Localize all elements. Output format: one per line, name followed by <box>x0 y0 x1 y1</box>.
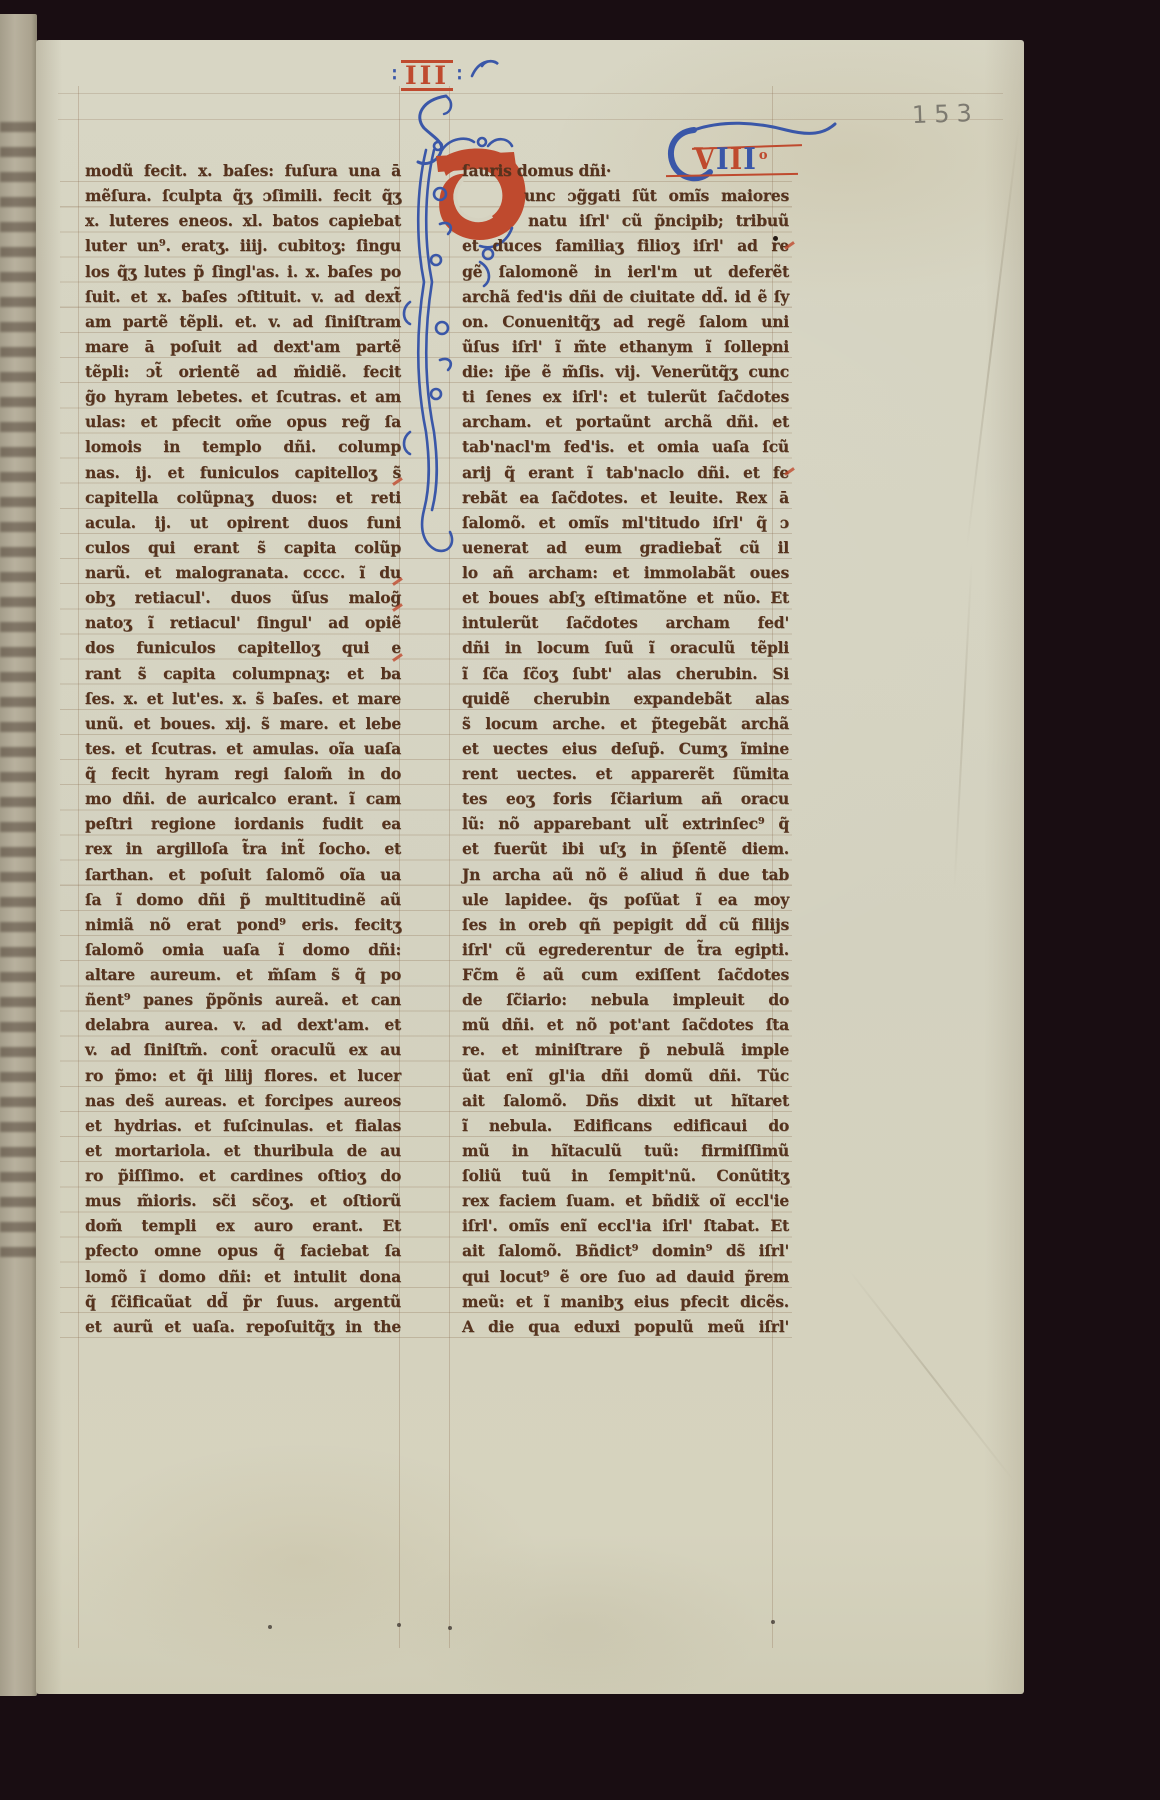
text-line: luter un⁹. eratʒ. iiij. cubitoʒ: ſingu <box>85 233 401 258</box>
text-line: pfecto omne opus q̃ faciebat ſa <box>85 1238 401 1263</box>
text-line: tes. et ſcutras. et amulas. oĩa uaſa <box>85 736 401 761</box>
text-line: rent uectes. et apparerẽt ſũmita <box>462 761 789 786</box>
text-line: s̃ locum arche. et p̃tegebãt archã <box>462 711 789 736</box>
text-line: mũ dñi. et nõ pot'ant ſac̃dotes ſta <box>462 1012 789 1037</box>
text-line: et uectes eius deſup̃. Cumʒ ĩmine <box>462 736 789 761</box>
text-line: ñent⁹ panes p̃põnis aureã. et can <box>85 987 401 1012</box>
text-line: archã fed'is dñi de ciuitate dd̃. id ẽ ſ… <box>462 284 789 309</box>
text-line: uenerat ad eum gradiebat̃ cũ il <box>462 535 789 560</box>
text-line: ĩ ſc̃a ſc̃oʒ ſubt' alas cherubin. Si <box>462 661 789 686</box>
text-line: am partẽ tẽpli. et. v. ad ſiniſtram <box>85 309 401 334</box>
running-title: ∶ III ∶ <box>392 60 462 91</box>
text-line: mẽſura. ſculpta q̃ʒ ɔſimili. fecit q̃ʒ <box>85 183 401 208</box>
text-line: tes eoʒ foris ſc̃iarium añ oracu <box>462 786 789 811</box>
penwork-dots-icon: ∶ <box>457 66 462 85</box>
text-line: ſes. x. et lut'es. x. s̃ baſes. et mare <box>85 686 401 711</box>
prick-mark <box>771 1620 775 1624</box>
text-line: ũſus iſrl' ĩ m̃te ethanym ĩ ſollepni <box>462 334 789 359</box>
ink-speck <box>773 236 778 241</box>
text-line: los q̃ʒ lutes p̃ ſingl'as. i. x. baſes p… <box>85 259 401 284</box>
text-line: ſuit. et x. baſes ɔſtituit. v. ad dext̃ <box>85 284 401 309</box>
manuscript-photo: ∶ III ∶ 153 V I I I o T <box>0 0 1160 1800</box>
text-line: ſalomõ. et omĩs ml'titudo iſrl' q̃ ɔ <box>462 510 789 535</box>
text-line: delabra aurea. v. ad dext'am. et <box>85 1012 401 1037</box>
text-line: mare ā poſuit ad dext'am partẽ <box>85 334 401 359</box>
text-column-right: ſauris domus dñi·unc ɔg̃gati ſũt omĩs ma… <box>462 158 789 1339</box>
text-line: modũ fecit. x. baſes: fuſura una ā <box>85 158 401 183</box>
text-line: iſrl'. omĩs enĩ eccl'ia iſrl' ſtabat. Et <box>462 1213 789 1238</box>
text-line: tẽpli: ɔt̃ orientẽ ad m̃idiẽ. fecit <box>85 359 401 384</box>
prick-mark <box>448 1626 452 1630</box>
text-line: et hydrias. et fuſcinulas. et fialas <box>85 1113 401 1138</box>
text-line: tab'nacl'm fed'is. et omia uaſa ſcũ <box>462 434 789 459</box>
penwork-dots-icon: ∶ <box>392 66 397 85</box>
text-line: culos qui erant s̃ capita colũp <box>85 535 401 560</box>
top-margin-rule <box>58 119 1003 120</box>
text-line: ſalomõ omia uaſa ĩ domo dñi: <box>85 937 401 962</box>
text-line: nimiã nõ erat pond⁹ eris. fecitʒ <box>85 912 401 937</box>
text-line: unũ. et boues. xij. s̃ mare. et lebe <box>85 711 401 736</box>
folio-number: 153 <box>912 99 980 129</box>
text-line: arij q̃ erant ĩ tab'naclo dñi. et fe <box>462 460 789 485</box>
text-line: ulas: et pfecit om̃e opus reg̃ ſa <box>85 409 401 434</box>
text-line: ũat enĩ gl'ia dñi domũ dñi. Tũc <box>462 1063 789 1088</box>
text-line: de ſc̃iario: nebula impleuit do <box>462 987 789 1012</box>
text-line: lomõ ĩ domo dñi: et intulit dona <box>85 1264 401 1289</box>
text-line: dos funiculos capitelloʒ qui e <box>85 635 401 660</box>
text-line: ule lapidee. q̃s poſũat ĩ ea moy <box>462 887 789 912</box>
text-line: intulerũt ſac̃dotes archam fed' <box>462 610 789 635</box>
text-line: obʒ retiacul'. duos ũſus malog̃ <box>85 585 401 610</box>
top-margin-rule <box>58 93 1003 94</box>
text-line: iſrl' cũ egrederentur de t̃ra egipti. <box>462 937 789 962</box>
text-line: peſtri regione iordanis fudit ea <box>85 811 401 836</box>
text-line: lo añ archam: et immolabãt oues <box>462 560 789 585</box>
text-line: on. Conuenitq̃ʒ ad regẽ ſalom uni <box>462 309 789 334</box>
text-line: ſarthan. et poſuit ſalomõ oĩa ua <box>85 862 401 887</box>
text-line: capitella colũpnaʒ duos: et reti <box>85 485 401 510</box>
running-title-text: III <box>401 60 453 91</box>
text-line: nas des̃ aureas. et forcipes aureos <box>85 1088 401 1113</box>
text-line: ſauris domus dñi· <box>462 158 789 183</box>
text-line: et boues abſʒ eſtimatõne et nũo. Et <box>462 585 789 610</box>
text-line: ro p̃iſſimo. et cardines oſtioʒ do <box>85 1163 401 1188</box>
text-line: ti ſenes ex iſrl': et tulerũt ſac̃dotes <box>462 384 789 409</box>
text-line: qui locut⁹ ẽ ore ſuo ad dauid p̃rem <box>462 1264 789 1289</box>
text-line: A die qua eduxi populũ meũ iſrl' <box>462 1314 789 1339</box>
text-line: ait ſalomõ. Bñdict⁹ domin⁹ ds̃ iſrl' <box>462 1238 789 1263</box>
text-line: mũ in hĩtaculũ tuũ: firmiſſimũ <box>462 1138 789 1163</box>
text-line: lũ: nõ apparebant ult̃ extrinſec⁹ q̃ <box>462 811 789 836</box>
text-line: ſoliũ tuũ in ſempit'nũ. Conũtitʒ <box>462 1163 789 1188</box>
facing-page-edge <box>0 14 37 1696</box>
text-line: narũ. et malogranata. cccc. ĩ du <box>85 560 401 585</box>
text-line: v. ad ſiniſtm̃. cont̃ oraculũ ex au <box>85 1037 401 1062</box>
text-line: nas. ij. et funiculos capitelloʒ s̃ <box>85 460 401 485</box>
text-line: ſes in oreb qñ pepigit dd̃ cũ filijs <box>462 912 789 937</box>
text-column-left: modũ fecit. x. baſes: fuſura una āmẽſura… <box>85 158 401 1339</box>
text-line: rant s̃ capita columpnaʒ: et ba <box>85 661 401 686</box>
text-line: acula. ij. ut opirent duos funi <box>85 510 401 535</box>
text-line: Jn archa aũ nõ ẽ aliud ñ due tab <box>462 862 789 887</box>
text-line: mo dñi. de auricalco erant. ĩ cam <box>85 786 401 811</box>
title-swash-icon <box>468 56 502 82</box>
prick-mark <box>268 1625 272 1629</box>
text-line: dom̃ templi ex auro erant. Et <box>85 1213 401 1238</box>
text-line: q̃ fecit hyram regi ſalom̃ in do <box>85 761 401 786</box>
text-line: unc ɔg̃gati ſũt omĩs maiores <box>462 183 789 208</box>
text-line: Fc̃m ẽ aũ cum exiſſent ſac̃dotes <box>462 962 789 987</box>
prick-mark <box>397 1623 401 1627</box>
text-line: natoʒ ĩ retiacul' ſingul' ad opiẽ <box>85 610 401 635</box>
text-line: rebãt ea ſac̃dotes. et leuite. Rex ā <box>462 485 789 510</box>
text-line: archam. et portaũnt archã dñi. et <box>462 409 789 434</box>
text-line: g̃o hyram lebetes. et ſcutras. et am <box>85 384 401 409</box>
text-line: meũ: et ĩ manibʒ eius pfecit dicẽs. <box>462 1289 789 1314</box>
text-line: et fuerũt ibi uſʒ in p̃ſentẽ diem. <box>462 836 789 861</box>
text-line: ſa ĩ domo dñi p̃ multitudinẽ aũ <box>85 887 401 912</box>
text-line: natu iſrl' cũ p̃ncipib; tribuũ <box>462 208 789 233</box>
text-line: die: ip̃e ẽ m̃ſis. vij. Venerũtq̃ʒ cunc <box>462 359 789 384</box>
text-line: et duces familiaʒ filioʒ iſrl' ad re <box>462 233 789 258</box>
text-line: dñi in locum ſuũ ĩ oraculũ tẽpli <box>462 635 789 660</box>
text-line: et aurũ et uaſa. repoſuitq̃ʒ in the <box>85 1314 401 1339</box>
text-line: lomois in templo dñi. colump <box>85 434 401 459</box>
text-line: et mortariola. et thuribula de au <box>85 1138 401 1163</box>
text-line: altare aureum. et m̃ſam s̃ q̃ po <box>85 962 401 987</box>
text-line: q̃ ſc̃ificaũat dd̃ p̃r ſuus. argentũ <box>85 1289 401 1314</box>
facing-page-ghost-text <box>0 122 37 1262</box>
text-line: mus m̃ioris. sc̃i sc̃oʒ. et oſtiorũ <box>85 1188 401 1213</box>
text-line: re. et miniſtrare p̃ nebulã imple <box>462 1037 789 1062</box>
text-line: ĩ nebula. Edificans edificaui do <box>462 1113 789 1138</box>
text-line: ro p̃mo: et q̃i lilij flores. et lucer <box>85 1063 401 1088</box>
text-line: x. luteres eneos. xl. batos capiebat <box>85 208 401 233</box>
text-line: quidẽ cherubin expandebãt alas <box>462 686 789 711</box>
vertical-ruling-left-margin <box>78 86 79 1648</box>
text-line: gẽ ſalomonẽ in ierl'm ut deferẽt <box>462 259 789 284</box>
text-line: rex faciem ſuam. et bñdix̃ oĩ eccl'ie <box>462 1188 789 1213</box>
text-line: ait ſalomõ. Dñs dixit ut hĩtaret <box>462 1088 789 1113</box>
text-line: rex in argilloſa t̃ra int̃ ſocho. et <box>85 836 401 861</box>
